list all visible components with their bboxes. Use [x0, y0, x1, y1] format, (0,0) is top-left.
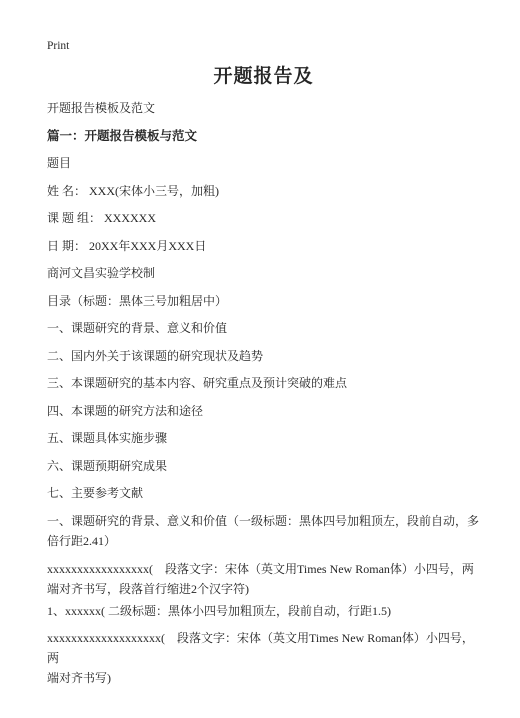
paragraph-line: 一、课题研究的背景、意义和价值（一级标题：黑体四号加粗顶左，段前自动，多 [47, 514, 479, 528]
body-format-paragraph-2: xxxxxxxxxxxxxxxxxxx( 段落文字：宋体（英文用Times Ne… [47, 628, 480, 688]
body-format-paragraph-1: xxxxxxxxxxxxxxxxx( 段落文字：宋体（英文用Times New … [47, 559, 480, 599]
field-group: 课 题 组： XXXXXX [47, 208, 480, 228]
part-one-heading: 篇一：开题报告模板与范文 [47, 126, 480, 146]
paragraph-line: 倍行距2.41） [47, 534, 116, 548]
toc-item-5: 五、课题具体实施步骤 [47, 428, 480, 448]
level2-heading-note: 1、xxxxxx( 二级标题：黑体小四号加粗顶左，段前自动，行距1.5) [47, 601, 480, 621]
level1-heading-note: 一、课题研究的背景、意义和价值（一级标题：黑体四号加粗顶左，段前自动，多倍行距2… [47, 511, 480, 551]
toc-item-3: 三、本课题研究的基本内容、研究重点及预计突破的难点 [47, 373, 480, 393]
field-name: 姓 名： XXX(宋体小三号，加粗) [47, 181, 480, 201]
document-page: Print 开题报告及 开题报告模板及范文 篇一：开题报告模板与范文 题目 姓 … [0, 0, 520, 718]
toc-item-6: 六、课题预期研究成果 [47, 456, 480, 476]
toc-heading: 目录（标题：黑体三号加粗居中） [47, 291, 480, 311]
field-title-label: 题目 [47, 153, 480, 173]
field-date: 日 期： 20XX年XXX月XXX日 [47, 236, 480, 256]
paragraph-line: 端对齐书写) [47, 671, 111, 685]
toc-item-7: 七、主要参考文献 [47, 483, 480, 503]
paragraph-line: xxxxxxxxxxxxxxxxx( 段落文字：宋体（英文用Times New … [47, 562, 474, 576]
toc-item-2: 二、国内外关于该课题的研究现状及趋势 [47, 346, 480, 366]
school-line: 商河文昌实验学校制 [47, 263, 480, 283]
toc-item-4: 四、本课题的研究方法和途径 [47, 401, 480, 421]
print-button[interactable]: Print [47, 39, 69, 54]
paragraph-line: 端对齐书写，段落首行缩进2个汉字符) [47, 582, 249, 596]
document-title: 开题报告及 [47, 65, 480, 89]
paragraph-line: xxxxxxxxxxxxxxxxxxx( 段落文字：宋体（英文用Times Ne… [47, 631, 474, 665]
toc-item-1: 一、课题研究的背景、意义和价值 [47, 318, 480, 338]
doc-subtitle: 开题报告模板及范文 [47, 98, 480, 118]
